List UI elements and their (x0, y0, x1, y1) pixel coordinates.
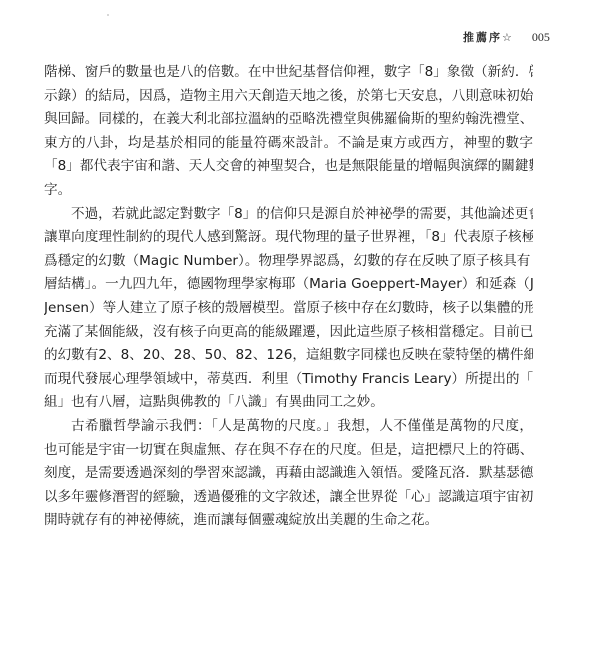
page-number: 005 (532, 30, 550, 45)
text-line: 組」也有八層，這點與佛教的「八識」有異曲同工之妙。 (44, 391, 533, 415)
text-line: 也可能是宇宙一切實在與虛無、存在與不存在的尺度。但是，這把標尺上的符碼、 (44, 439, 533, 463)
text-line: 而現代發展心理學領域中，蒂莫西．利里（Timothy Francis Leary… (44, 368, 533, 392)
text-line: 讓單向度理性制約的現代人感到驚訝。現代物理的量子世界裡，「8」代表原子核極 (44, 226, 533, 250)
text-line: 字。 (44, 179, 533, 203)
scan-speck (107, 14, 109, 16)
paragraph-2: 不過，若就此認定對數字「8」的信仰只是源自於神祕學的需要，其他論述更會 讓單向度… (44, 203, 533, 415)
text-line: 「8」都代表宇宙和諧、天人交會的神聖契合，也是無限能量的增幅與演繹的關鍵數 (44, 155, 533, 179)
text-line: 示錄）的結局，因爲，造物主用六天創造天地之後，於第七天安息，八則意味初始 (44, 85, 533, 109)
text-line: 以多年靈修潛習的經驗，透過優雅的文字敘述，讓全世界從「心」認識這項宇宙初 (44, 486, 533, 510)
text-line: 與回歸。同樣的，在義大利北部拉溫納的亞略洗禮堂與佛羅倫斯的聖約翰洗禮堂、 (44, 108, 533, 132)
text-line: 階梯、窗戶的數量也是八的倍數。在中世紀基督信仰裡，數字「8」象徵（新約．啓 (44, 61, 533, 85)
section-title: 推薦序☆ (463, 29, 514, 45)
running-header: 推薦序☆ 005 (463, 29, 550, 45)
text-line: 刻度，是需要透過深刻的學習來認識，再藉由認識進入領悟。愛隆瓦洛．默基瑟德 (44, 462, 533, 486)
paragraph-1: 階梯、窗戶的數量也是八的倍數。在中世紀基督信仰裡，數字「8」象徵（新約．啓 示錄… (44, 61, 533, 203)
text-line: 開時就存有的神祕傳統，進而讓每個靈魂綻放出美麗的生命之花。 (44, 509, 533, 533)
text-line: 爲穩定的幻數（Magic Number）。物理學界認爲，幻數的存在反映了原子核具… (44, 250, 533, 274)
book-page: 推薦序☆ 005 階梯、窗戶的數量也是八的倍數。在中世紀基督信仰裡，數字「8」象… (0, 0, 607, 649)
text-line: 的幻數有2、8、20、28、50、82、126，這組數字同樣也反映在蒙特堡的構件… (44, 344, 533, 368)
text-line: 充滿了某個能級，沒有核子向更高的能級躍遷，因此這些原子核相當穩定。目前已知 (44, 321, 533, 345)
text-line: 古希臘哲學諭示我們：「人是萬物的尺度。」我想，人不僅僅是萬物的尺度， (44, 415, 533, 439)
text-line: 不過，若就此認定對數字「8」的信仰只是源自於神祕學的需要，其他論述更會 (44, 203, 533, 227)
paragraph-3: 古希臘哲學諭示我們：「人是萬物的尺度。」我想，人不僅僅是萬物的尺度， 也可能是宇… (44, 415, 533, 533)
text-line: 東方的八卦，均是基於相同的能量符碼來設計。不論是東方或西方，神聖的數字 (44, 132, 533, 156)
text-line: 層結構」。一九四九年，德國物理學家梅耶（Maria Goeppert-Mayer… (44, 273, 533, 297)
body-text: 階梯、窗戶的數量也是八的倍數。在中世紀基督信仰裡，數字「8」象徵（新約．啓 示錄… (44, 61, 533, 533)
text-line: Jensen）等人建立了原子核的殼層模型。當原子核中存在幻數時，核子以集體的形式 (44, 297, 533, 321)
